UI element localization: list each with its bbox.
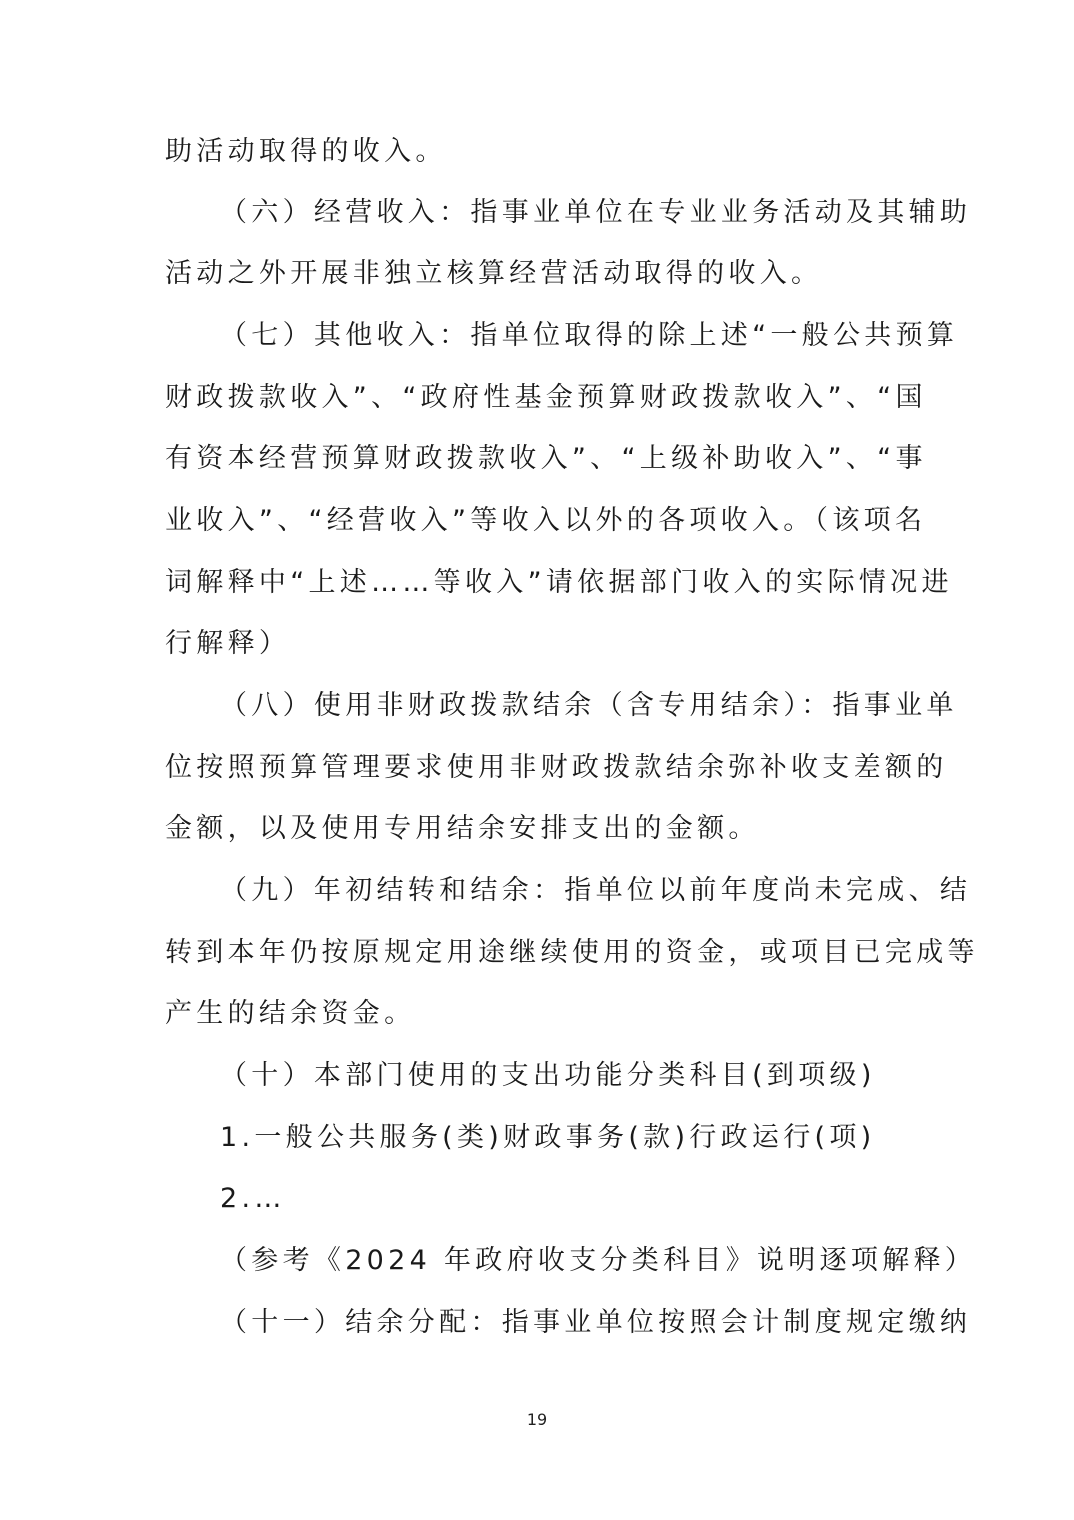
text-line: 业收入”、“经营收入”等收入以外的各项收入。（该项名 [165, 501, 913, 541]
text-line: 产生的结余资金。 [165, 994, 913, 1034]
text-line: 转到本年仍按原规定用途继续使用的资金，或项目已完成等 [165, 933, 913, 973]
text-line: 金额，以及使用专用结余安排支出的金额。 [165, 809, 913, 849]
list-item: 2.… [220, 1179, 913, 1219]
text-line: （九）年初结转和结余：指单位以前年度尚未完成、结 [220, 871, 913, 911]
text-line: 财政拨款收入”、“政府性基金预算财政拨款收入”、“国 [165, 378, 913, 418]
reference-note: （参考《2024 年政府收支分类科目》说明逐项解释） [220, 1241, 913, 1281]
text-line: （八）使用非财政拨款结余（含专用结余）：指事业单 [220, 686, 913, 726]
list-item: 1.一般公共服务(类)财政事务(款)行政运行(项) [220, 1118, 913, 1158]
text-line: 有资本经营预算财政拨款收入”、“上级补助收入”、“事 [165, 439, 913, 479]
text-line: （七）其他收入：指单位取得的除上述“一般公共预算 [220, 316, 913, 356]
text-line: 活动之外开展非独立核算经营活动取得的收入。 [165, 254, 913, 294]
text-line: 词解释中“上述……等收入”请依据部门收入的实际情况进 [165, 563, 913, 603]
text-line: （六）经营收入：指事业单位在专业业务活动及其辅助 [220, 193, 913, 233]
text-line: 助活动取得的收入。 [165, 132, 913, 172]
text-line: （十一）结余分配：指事业单位按照会计制度规定缴纳 [220, 1303, 913, 1343]
document-page: 助活动取得的收入。 （六）经营收入：指事业单位在专业业务活动及其辅助 活动之外开… [0, 0, 1074, 1520]
section-heading: （十）本部门使用的支出功能分类科目(到项级) [220, 1056, 913, 1096]
text-line: 行解释） [165, 624, 913, 664]
text-line: 位按照预算管理要求使用非财政拨款结余弥补收支差额的 [165, 748, 913, 788]
page-number: 19 [0, 1410, 1074, 1430]
